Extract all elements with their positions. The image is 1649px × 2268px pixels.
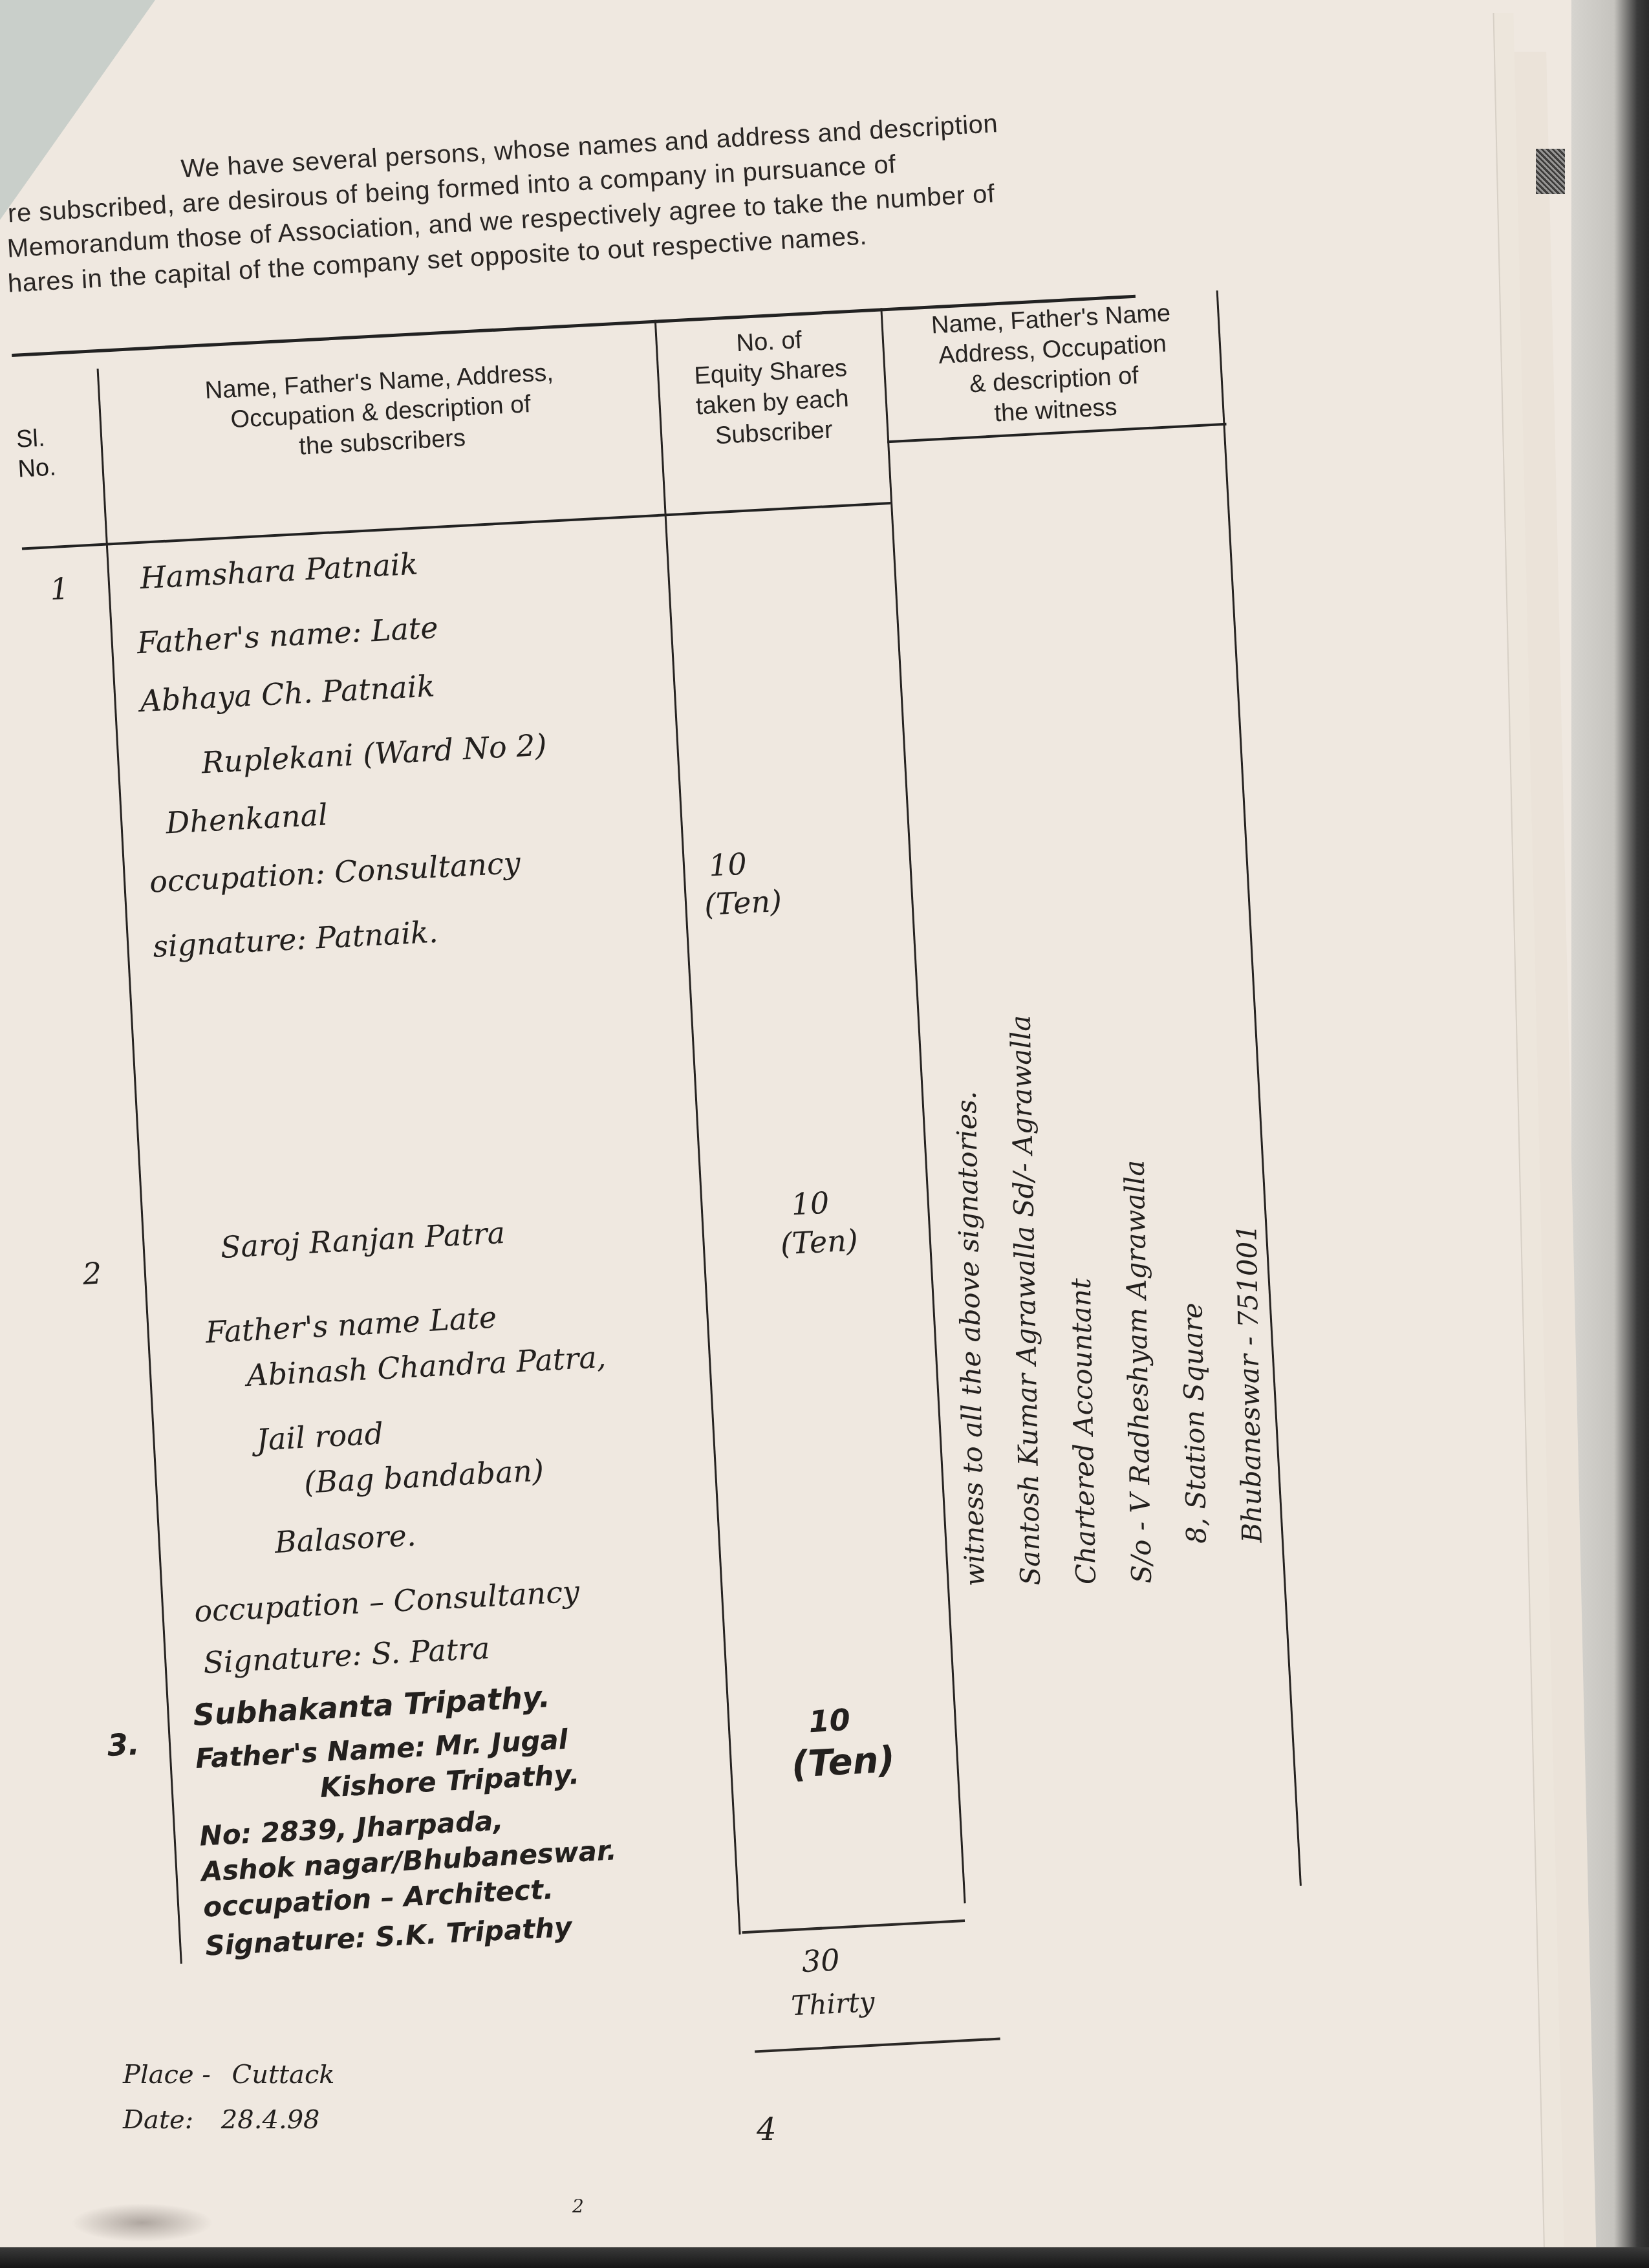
subscriber-line: Saroj Ranjan Patra: [220, 1215, 506, 1265]
subscriber-line: occupation – Consultancy: [193, 1574, 580, 1629]
witness-line: S/o - V Radheshyam Agrawalla: [1105, 1013, 1170, 1584]
place-field: Place - Cuttack: [123, 2060, 335, 2090]
shares-words: (Ten): [704, 883, 783, 922]
total-top-rule: [742, 1919, 965, 1934]
subscriber-line: Father's name: Late: [136, 610, 438, 660]
header-witness: Name, Father's Name Address, Occupation …: [884, 296, 1223, 435]
shares-words: (Ten): [790, 1738, 896, 1786]
witness-line: Chartered Accountant: [1049, 1013, 1114, 1584]
header-subscriber: Name, Father's Name, Address, Occupation…: [104, 352, 658, 472]
total-shares-words: Thirty: [790, 1986, 876, 2022]
column-divider: [654, 320, 741, 1935]
date-value: 28.4.98: [221, 2105, 320, 2135]
total-shares: 30: [801, 1942, 841, 1979]
subscriber-line: Subhakanta Tripathy.: [192, 1679, 551, 1733]
scan-artifact: [71, 2203, 213, 2242]
scanner-bottom-edge: [0, 2247, 1649, 2268]
row-sl-no: 2: [81, 1256, 102, 1291]
bottom-mark: 2: [572, 2196, 584, 2217]
shares-words: (Ten): [779, 1222, 859, 1261]
shares-count: 10: [708, 847, 748, 883]
header-line: Sl.: [16, 420, 94, 454]
shares-count: 10: [808, 1702, 851, 1739]
header-line: No.: [17, 450, 96, 484]
shares-count: 10: [790, 1185, 830, 1222]
place-value: Cuttack: [232, 2060, 335, 2090]
subscriber-line: Abinash Chandra Patra,: [246, 1339, 607, 1393]
header-shares: No. of Equity Shares taken by each Subsc…: [657, 321, 886, 455]
witness-line: Santosh Kumar Agrawalla Sd/- Agrawalla: [993, 1015, 1059, 1586]
scan-artifact: [1536, 149, 1565, 194]
subscriber-line: Abhaya Ch. Patnaik: [139, 668, 435, 718]
place-label: Place -: [123, 2060, 211, 2090]
column-divider: [97, 369, 182, 1964]
header-bottom-border: [22, 502, 890, 550]
subscriber-line: Dhenkanal: [165, 797, 329, 840]
subscriber-signature: signature: Patnaik.: [152, 914, 439, 964]
total-bottom-rule: [755, 2037, 1000, 2053]
subscriber-table: Sl. No. Name, Father's Name, Address, Oc…: [0, 244, 1324, 1962]
row-sl-no: 1: [49, 571, 70, 607]
witness-details: witness to all the above signatories. Sa…: [938, 1011, 1281, 1587]
page-number: 4: [757, 2111, 777, 2148]
subscriber-line: Father's name Late: [204, 1300, 497, 1350]
header-sl-no: Sl. No.: [16, 420, 96, 484]
subscriber-line: Hamshara Patnaik: [139, 546, 419, 596]
witness-line: Bhubaneswar - 751001: [1216, 1011, 1281, 1582]
row-sl-no: 3.: [107, 1727, 140, 1764]
witness-line: 8, Station Square: [1160, 1011, 1225, 1582]
date-field: Date: 28.4.98: [123, 2105, 320, 2135]
subscriber-line: Jail road: [255, 1416, 384, 1457]
witness-line: witness to all the above signatories.: [938, 1015, 1003, 1586]
date-label: Date:: [123, 2105, 193, 2135]
subscriber-line: Ruplekani (Ward No 2): [200, 727, 547, 780]
subscriber-signature: Signature: S. Patra: [202, 1630, 491, 1680]
subscriber-line: Balasore.: [274, 1518, 417, 1560]
subscriber-line: occupation: Consultancy: [149, 845, 521, 900]
subscriber-line: (Bag bandaban): [303, 1453, 544, 1500]
